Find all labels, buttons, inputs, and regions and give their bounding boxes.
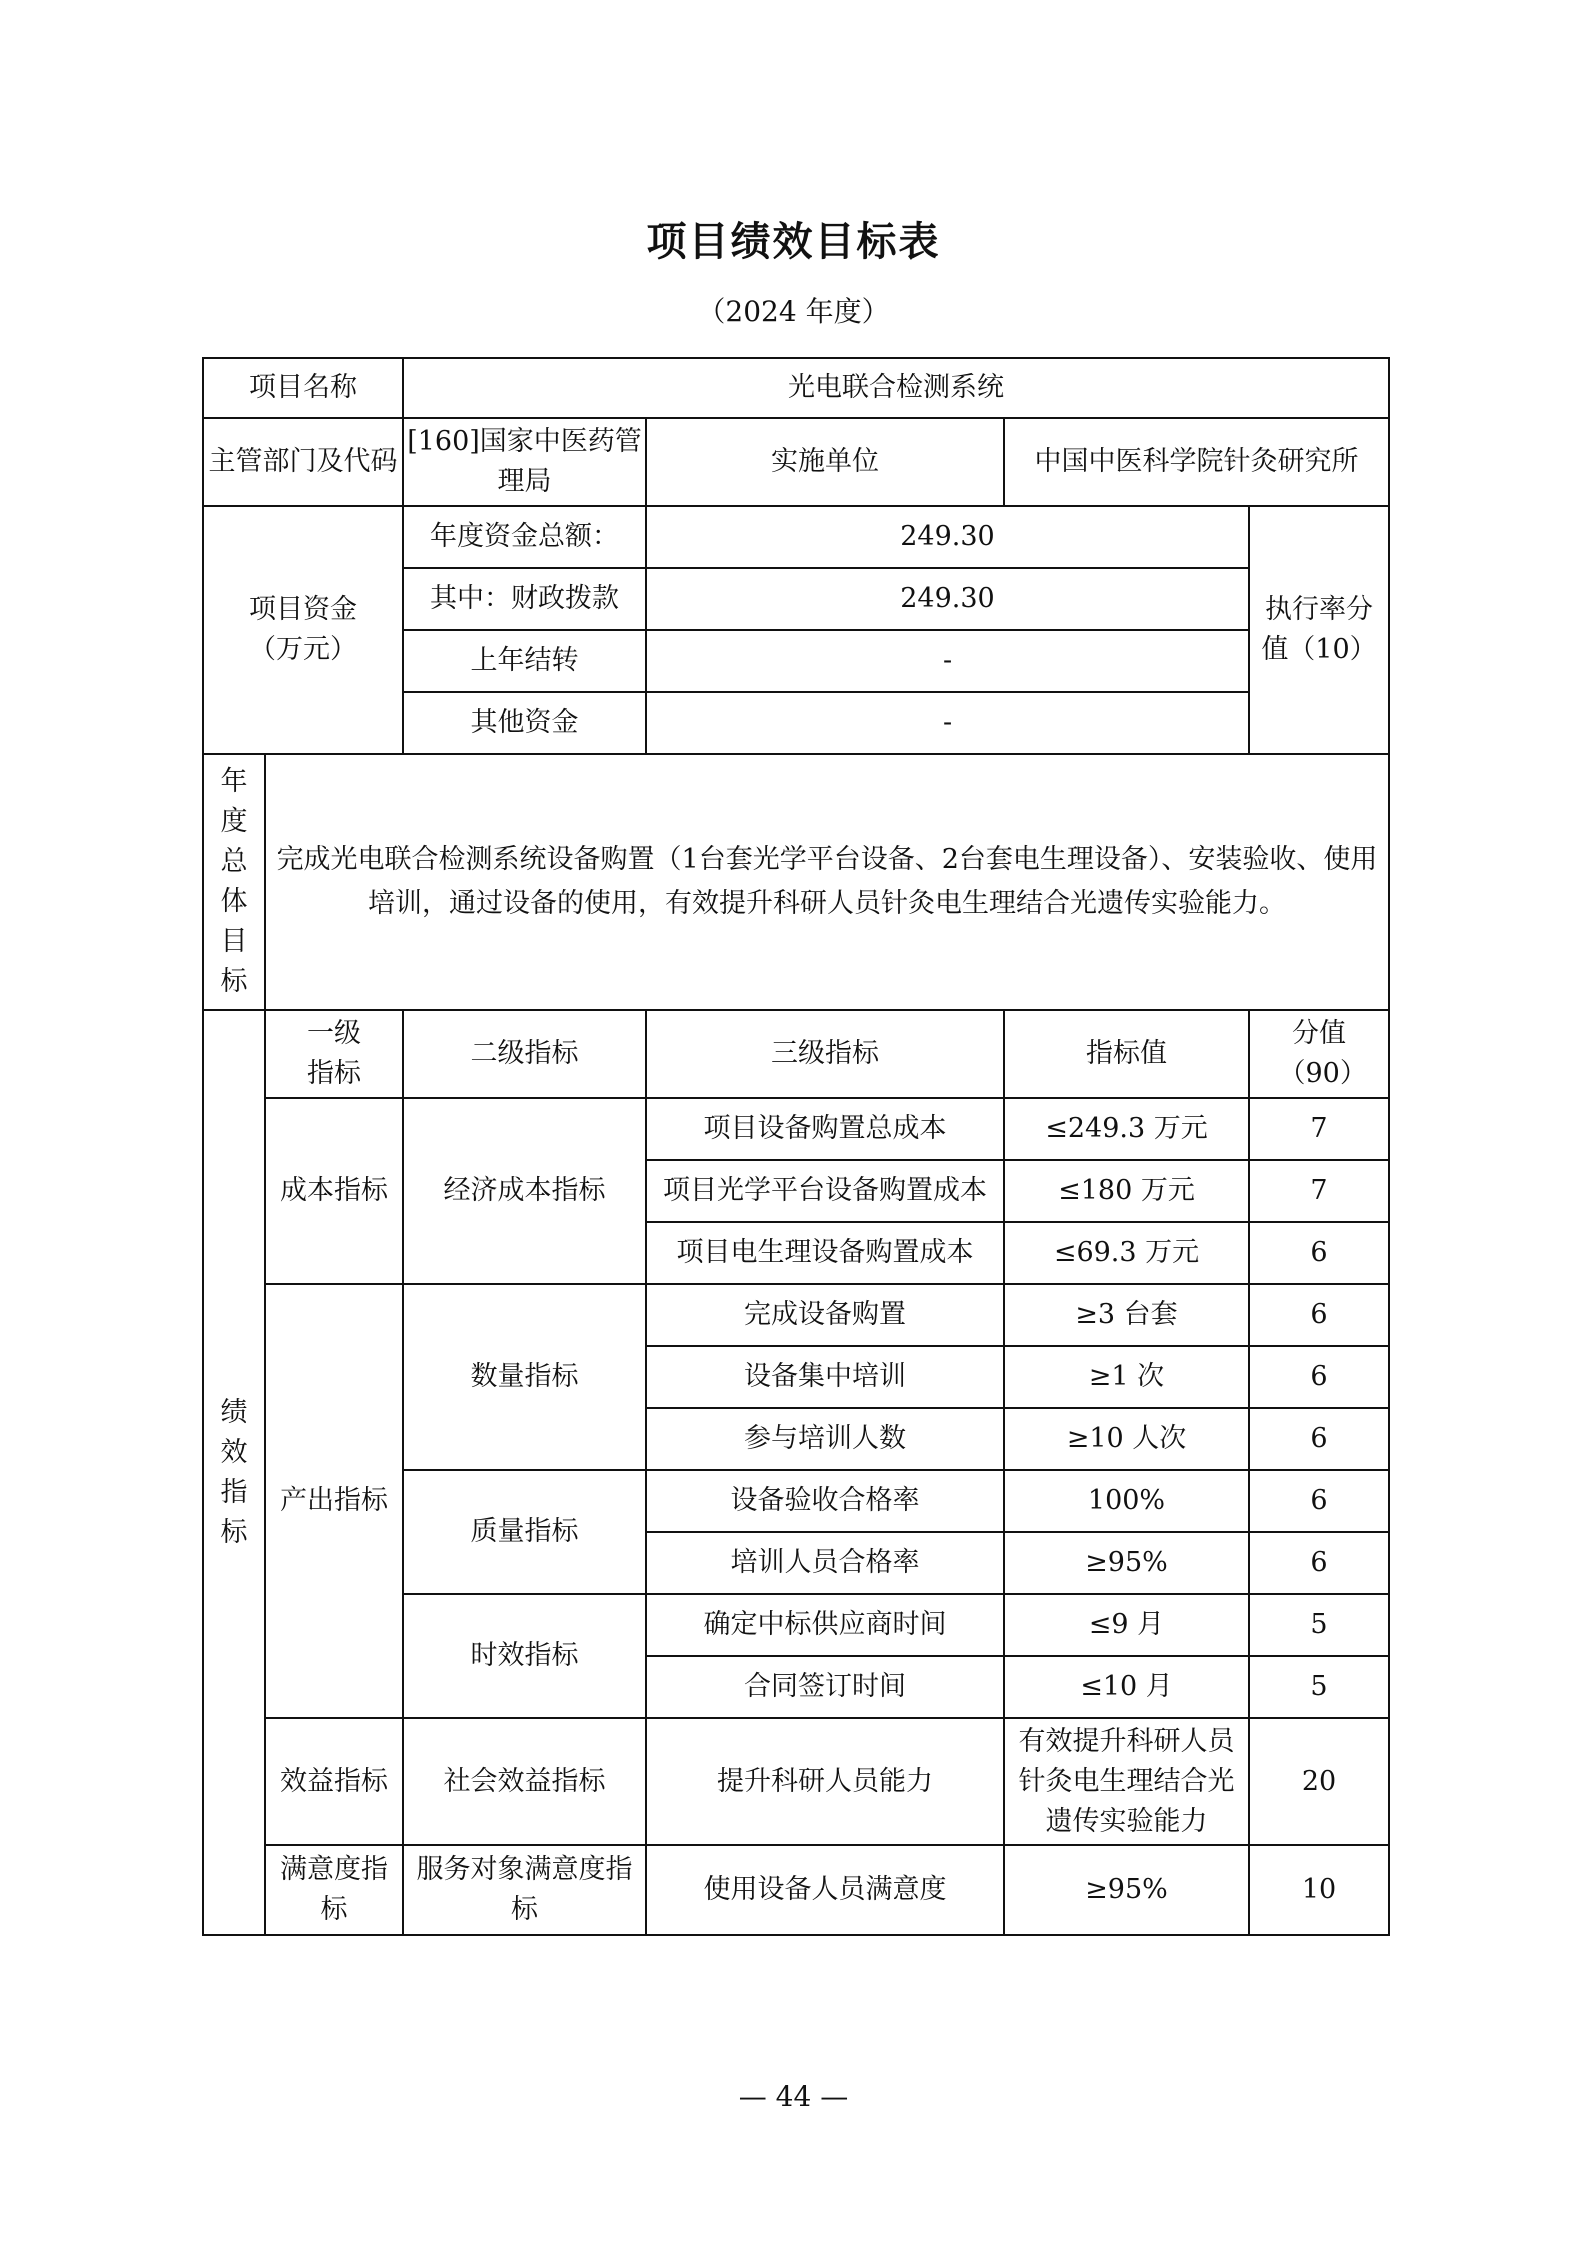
- funds-label: 项目资金（万元）: [203, 506, 403, 754]
- indicator-value: ≤180 万元: [1004, 1160, 1249, 1222]
- indicator-value: ≥95%: [1004, 1532, 1249, 1594]
- level2-service-satisfaction: 服务对象满意度指标: [403, 1845, 646, 1935]
- document-title: 项目绩效目标表: [0, 210, 1587, 267]
- indicator-value: ≤249.3 万元: [1004, 1098, 1249, 1160]
- level3-item: 完成设备购置: [646, 1284, 1004, 1346]
- level3-item: 提升科研人员能力: [646, 1718, 1004, 1845]
- project-name-value: 光电联合检测系统: [403, 358, 1389, 418]
- indicator-score: 7: [1249, 1098, 1389, 1160]
- level3-item: 设备集中培训: [646, 1346, 1004, 1408]
- funds-total-label: 年度资金总额：: [403, 506, 646, 568]
- level2-social-benefit: 社会效益指标: [403, 1718, 646, 1845]
- indicator-score: 10: [1249, 1845, 1389, 1935]
- indicator-score: 6: [1249, 1222, 1389, 1284]
- level3-item: 参与培训人数: [646, 1408, 1004, 1470]
- header-level1: 一级指标: [265, 1010, 403, 1098]
- document-year: （2024 年度）: [0, 290, 1587, 330]
- indicator-value: ≥1 次: [1004, 1346, 1249, 1408]
- indicator-score: 6: [1249, 1284, 1389, 1346]
- funds-carryover-value: -: [646, 630, 1249, 692]
- indicator-value: ≤9 月: [1004, 1594, 1249, 1656]
- header-level2: 二级指标: [403, 1010, 646, 1098]
- indicator-value: ≤69.3 万元: [1004, 1222, 1249, 1284]
- level1-benefit: 效益指标: [265, 1718, 403, 1845]
- annual-goal-text: 完成光电联合检测系统设备购置（1台套光学平台设备、2台套电生理设备）、安装验收、…: [265, 754, 1389, 1010]
- page-number: — 44 —: [0, 2080, 1587, 2113]
- indicator-score: 7: [1249, 1160, 1389, 1222]
- level3-item: 确定中标供应商时间: [646, 1594, 1004, 1656]
- level2-economic-cost: 经济成本指标: [403, 1098, 646, 1284]
- header-level3: 三级指标: [646, 1010, 1004, 1098]
- level1-output: 产出指标: [265, 1284, 403, 1718]
- level3-item: 项目电生理设备购置成本: [646, 1222, 1004, 1284]
- indicator-score: 6: [1249, 1532, 1389, 1594]
- rate-score-label: 执行率分值（10）: [1249, 506, 1389, 754]
- indicator-score: 6: [1249, 1470, 1389, 1532]
- indicators-section-label: 绩效指标: [203, 1010, 265, 1935]
- level1-satisfaction: 满意度指标: [265, 1845, 403, 1935]
- project-name-label: 项目名称: [203, 358, 403, 418]
- indicator-score: 6: [1249, 1408, 1389, 1470]
- level3-item: 设备验收合格率: [646, 1470, 1004, 1532]
- funds-total-value: 249.30: [646, 506, 1249, 568]
- dept-label: 主管部门及代码: [203, 418, 403, 506]
- level3-item: 合同签订时间: [646, 1656, 1004, 1718]
- level3-item: 项目设备购置总成本: [646, 1098, 1004, 1160]
- level2-quantity: 数量指标: [403, 1284, 646, 1470]
- indicator-value: ≤10 月: [1004, 1656, 1249, 1718]
- funds-fiscal-value: 249.30: [646, 568, 1249, 630]
- level3-item: 使用设备人员满意度: [646, 1845, 1004, 1935]
- funds-other-value: -: [646, 692, 1249, 754]
- funds-fiscal-label: 其中：财政拨款: [403, 568, 646, 630]
- level3-item: 培训人员合格率: [646, 1532, 1004, 1594]
- indicator-score: 20: [1249, 1718, 1389, 1845]
- dept-value: [160]国家中医药管理局: [403, 418, 646, 506]
- level1-cost: 成本指标: [265, 1098, 403, 1284]
- indicator-value: 有效提升科研人员针灸电生理结合光遗传实验能力: [1004, 1718, 1249, 1845]
- level2-quality: 质量指标: [403, 1470, 646, 1594]
- indicator-value: 100%: [1004, 1470, 1249, 1532]
- indicator-score: 5: [1249, 1656, 1389, 1718]
- indicator-value: ≥10 人次: [1004, 1408, 1249, 1470]
- annual-goal-label: 年度总体目标: [203, 754, 265, 1010]
- impl-value: 中国中医科学院针灸研究所: [1004, 418, 1389, 506]
- header-value: 指标值: [1004, 1010, 1249, 1098]
- level2-timeliness: 时效指标: [403, 1594, 646, 1718]
- funds-other-label: 其他资金: [403, 692, 646, 754]
- performance-goal-table: 项目名称 光电联合检测系统 主管部门及代码 [160]国家中医药管理局 实施单位…: [202, 357, 1390, 1936]
- indicator-score: 5: [1249, 1594, 1389, 1656]
- level3-item: 项目光学平台设备购置成本: [646, 1160, 1004, 1222]
- funds-carryover-label: 上年结转: [403, 630, 646, 692]
- impl-label: 实施单位: [646, 418, 1004, 506]
- indicator-value: ≥95%: [1004, 1845, 1249, 1935]
- indicator-score: 6: [1249, 1346, 1389, 1408]
- header-score: 分值（90）: [1249, 1010, 1389, 1098]
- indicator-value: ≥3 台套: [1004, 1284, 1249, 1346]
